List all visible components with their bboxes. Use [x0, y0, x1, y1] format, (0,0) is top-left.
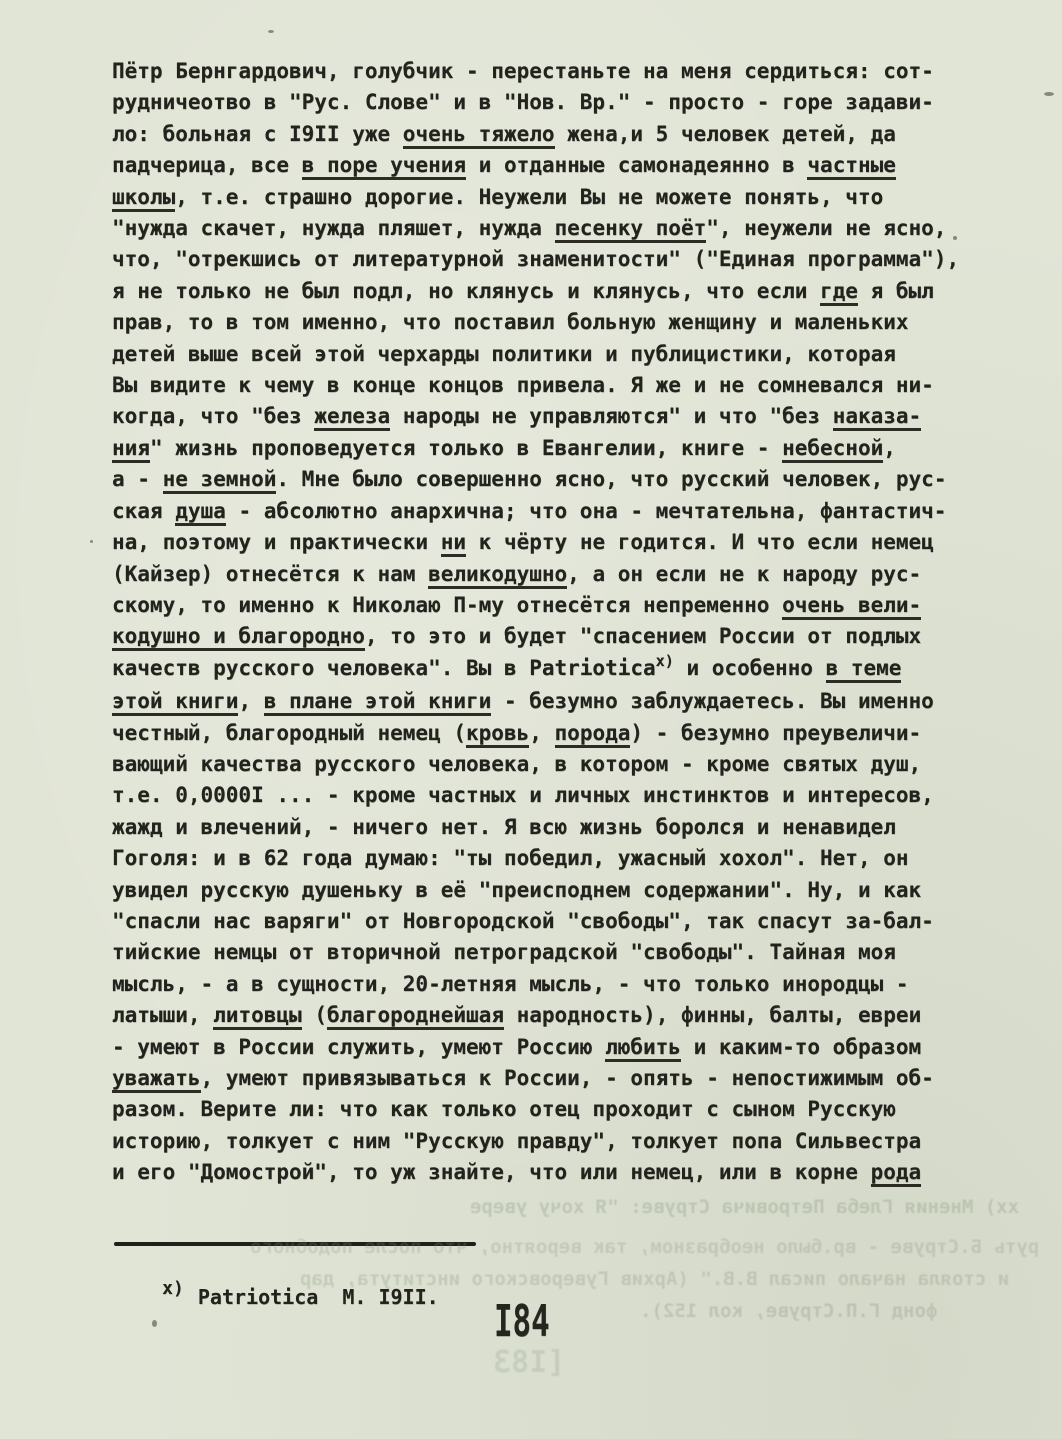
dust-speck: [152, 1320, 157, 1327]
typed-text: , умеют привязываться к России, - опять …: [201, 1066, 934, 1090]
typed-text: разом. Верите ли: что как только отец пр…: [112, 1097, 896, 1121]
dust-speck: [953, 236, 957, 240]
typed-text: "нужда скачет, нужда пляшет, нужда: [112, 216, 555, 240]
typed-text: ,: [529, 721, 554, 745]
bleedthrough-line: и стояла начало писал В.В." (Архив Гувер…: [300, 1268, 1009, 1290]
letter-body: Пётр Бернгардович, голубчик - перестаньт…: [112, 56, 959, 1189]
typed-line: разом. Верите ли: что как только отец пр…: [112, 1094, 959, 1125]
typed-text: честный, благородный немец (: [112, 721, 466, 745]
typed-line: детей выше всей этой черхарды политики и…: [112, 339, 959, 370]
typed-line: ния" жизнь проповедуется только в Еванге…: [112, 433, 959, 464]
underlined-text: этой книги: [112, 689, 238, 716]
typed-text: тийские немцы от вторичной петроградской…: [112, 940, 896, 964]
typed-line: вающий качества русского человека, в кот…: [112, 749, 959, 780]
typed-text: ) - безумно преувеличи-: [630, 721, 921, 745]
footnote: x)Patriotica М. I9II.: [114, 1254, 439, 1326]
underlined-text: уважать: [112, 1066, 201, 1093]
page-number: I84: [494, 1300, 550, 1344]
typed-text: латыши,: [112, 1003, 213, 1027]
typed-line: мысль, - а в сущности, 20-летняя мысль, …: [112, 969, 959, 1000]
underlined-text: порода: [555, 721, 631, 748]
underlined-text: очень вели-: [782, 593, 921, 620]
typed-text: жена,и 5 человек детей, да: [555, 122, 896, 146]
bleedthrough-line: [I83: [493, 1345, 565, 1380]
typed-text: Гоголя: и в 62 года думаю: "ты победил, …: [112, 846, 909, 870]
footnote-reference-mark: x): [656, 652, 674, 670]
typed-line: кодушно и благородно, то это и будет "сп…: [112, 621, 959, 652]
dust-speck: [90, 540, 93, 543]
typed-text: историю, толкует с ним "Русскую правду",…: [112, 1129, 921, 1153]
typed-text: когда, что "без: [112, 404, 314, 428]
underlined-text: кровь: [466, 721, 529, 748]
underlined-text: школы: [112, 185, 175, 212]
underlined-text: не земной: [163, 467, 277, 494]
typed-line: этой книги, в плане этой книги - безумно…: [112, 686, 959, 717]
typed-text: на, поэтому и практически: [112, 530, 441, 554]
typed-line: Гоголя: и в 62 года думаю: "ты победил, …: [112, 843, 959, 874]
underlined-text: литовцы: [213, 1003, 302, 1030]
typed-text: к чёрту не годится. И что если немец: [466, 530, 934, 554]
typed-line: Вы видите к чему в конце концов привела.…: [112, 370, 959, 401]
typed-text: - безумно заблуждаетесь. Вы именно: [491, 689, 934, 713]
underlined-text: в поре учения: [302, 153, 466, 180]
underlined-text: рода: [871, 1160, 922, 1187]
typed-text: что, "отрекшись от литературной знаменит…: [112, 247, 959, 271]
typed-line: увидел русскую душеньку в её "преисподне…: [112, 875, 959, 906]
typed-text: , то это и будет "спасением России от по…: [365, 624, 921, 648]
typed-text: качеств русского человека". Вы в Patriot…: [112, 656, 656, 680]
typed-text: я был: [858, 279, 934, 303]
typed-line: честный, благородный немец (кровь, пород…: [112, 718, 959, 749]
typed-line: Пётр Бернгардович, голубчик - перестаньт…: [112, 56, 959, 87]
typed-text: я не только не был подл, но клянусь и кл…: [112, 279, 820, 303]
typed-text: (Кайзер) отнесётся к нам: [112, 562, 428, 586]
typed-text: вающий качества русского человека, в кот…: [112, 752, 921, 776]
typed-text: и каким-то образом: [681, 1035, 921, 1059]
typed-text: , а он если не к народу рус-: [567, 562, 921, 586]
typed-text: Вы видите к чему в конце концов привела.…: [112, 373, 934, 397]
bleedthrough-line: руть Б.Струве - вр.было необразном, так …: [250, 1236, 1039, 1258]
typed-text: " жизнь проповедуется только в Евангелии…: [150, 436, 782, 460]
underlined-text: железа: [314, 404, 390, 431]
typed-text: скому, то именно к Николаю П-му отнесётс…: [112, 593, 782, 617]
typed-text: "спасли нас варяги" от Новгородской "сво…: [112, 909, 934, 933]
typed-text: рудничеотво в "Рус. Слове" и в "Нов. Вр.…: [112, 90, 934, 114]
typed-line: скому, то именно к Николаю П-му отнесётс…: [112, 590, 959, 621]
underlined-text: в теме: [826, 656, 902, 683]
typed-line: школы, т.е. страшно дорогие. Неужели Вы …: [112, 182, 959, 213]
typed-text: ская: [112, 499, 175, 523]
typed-line: т.е. 0,0000I ... - кроме частных и личны…: [112, 780, 959, 811]
typed-line: ло: больная с I9II уже очень тяжело жена…: [112, 119, 959, 150]
typed-text: т.е. 0,0000I ... - кроме частных и личны…: [112, 783, 934, 807]
typed-line: - умеют в России служить, умеют Россию л…: [112, 1032, 959, 1063]
typed-text: мысль, - а в сущности, 20-летняя мысль, …: [112, 972, 909, 996]
typed-line: а - не земной. Мне было совершенно ясно,…: [112, 464, 959, 495]
scanned-letter-page: Пётр Бернгардович, голубчик - перестаньт…: [0, 0, 1062, 1439]
typed-line: падчерица, все в поре учения и отданные …: [112, 150, 959, 181]
typed-line: рудничеотво в "Рус. Слове" и в "Нов. Вр.…: [112, 87, 959, 118]
typed-line: что, "отрекшись от литературной знаменит…: [112, 244, 959, 275]
bleedthrough-line: xx) Мнения Глеба Петровича Струве: "Я хо…: [470, 1196, 1019, 1218]
underlined-text: душа: [175, 499, 226, 526]
underlined-text: ни: [441, 530, 466, 557]
dust-speck: [268, 30, 274, 33]
underlined-text: любить: [605, 1035, 681, 1062]
typed-text: ", неужели не ясно,: [706, 216, 946, 240]
underlined-text: великодушно: [428, 562, 567, 589]
typed-line: (Кайзер) отнесётся к нам великодушно, а …: [112, 559, 959, 590]
typed-text: , т.е. страшно дорогие. Неужели Вы не мо…: [175, 185, 883, 209]
typed-text: прав, то в том именно, что поставил боль…: [112, 310, 909, 334]
typed-line: я не только не был подл, но клянусь и кл…: [112, 276, 959, 307]
typed-text: жажд и влечений, - ничего нет. Я всю жиз…: [112, 815, 896, 839]
typed-line: ская душа - абсолютно анархична; что она…: [112, 496, 959, 527]
typed-line: "спасли нас варяги" от Новгородской "сво…: [112, 906, 959, 937]
typed-text: и его "Домострой", то уж знайте, что или…: [112, 1160, 871, 1184]
footnote-marker: x): [162, 1278, 184, 1299]
typed-text: . Мне было совершенно ясно, что русский …: [276, 467, 946, 491]
typed-text: народность), финны, балты, евреи: [504, 1003, 921, 1027]
typed-text: увидел русскую душеньку в её "преисподне…: [112, 878, 921, 902]
underlined-text: ния: [112, 436, 150, 463]
typed-text: - умеют в России служить, умеют Россию: [112, 1035, 605, 1059]
typed-line: "нужда скачет, нужда пляшет, нужда песен…: [112, 213, 959, 244]
typed-line: качеств русского человека". Вы в Patriot…: [112, 653, 959, 686]
underlined-text: очень тяжело: [403, 122, 555, 149]
typed-line: и его "Домострой", то уж знайте, что или…: [112, 1157, 959, 1188]
underlined-text: песенку поёт: [555, 216, 707, 243]
underlined-text: благороднейшая: [327, 1003, 504, 1030]
typed-text: ,: [883, 436, 896, 460]
underlined-text: наказа-: [833, 404, 922, 431]
typed-text: падчерица, все: [112, 153, 302, 177]
underlined-text: кодушно и благородно: [112, 624, 365, 651]
typed-line: уважать, умеют привязываться к России, -…: [112, 1063, 959, 1094]
dust-speck: [1044, 92, 1054, 96]
typed-line: прав, то в том именно, что поставил боль…: [112, 307, 959, 338]
typed-line: тийские немцы от вторичной петроградской…: [112, 937, 959, 968]
typed-line: латыши, литовцы (благороднейшая народнос…: [112, 1000, 959, 1031]
typed-text: и отданные самонадеянно в: [466, 153, 807, 177]
typed-text: ло: больная с I9II уже: [112, 122, 403, 146]
underlined-text: где: [820, 279, 858, 306]
underlined-text: небесной: [782, 436, 883, 463]
typed-text: ,: [238, 689, 263, 713]
typed-text: народы не управляются" и что "без: [390, 404, 833, 428]
typed-text: - абсолютно анархична; что она - мечтате…: [226, 499, 947, 523]
typed-text: а -: [112, 467, 163, 491]
typed-text: Пётр Бернгардович, голубчик - перестаньт…: [112, 59, 934, 83]
underlined-text: в плане этой книги: [264, 689, 492, 716]
typed-line: на, поэтому и практически ни к чёрту не …: [112, 527, 959, 558]
typed-line: когда, что "без железа народы не управля…: [112, 401, 959, 432]
typed-text: детей выше всей этой черхарды политики и…: [112, 342, 896, 366]
typed-line: жажд и влечений, - ничего нет. Я всю жиз…: [112, 812, 959, 843]
bleedthrough-line: фонд Г.П.Струве, кол 152).: [640, 1300, 937, 1322]
underlined-text: частные: [807, 153, 896, 180]
typed-line: историю, толкует с ним "Русскую правду",…: [112, 1126, 959, 1157]
typed-text: (: [302, 1003, 327, 1027]
typed-text: и особенно: [674, 656, 826, 680]
